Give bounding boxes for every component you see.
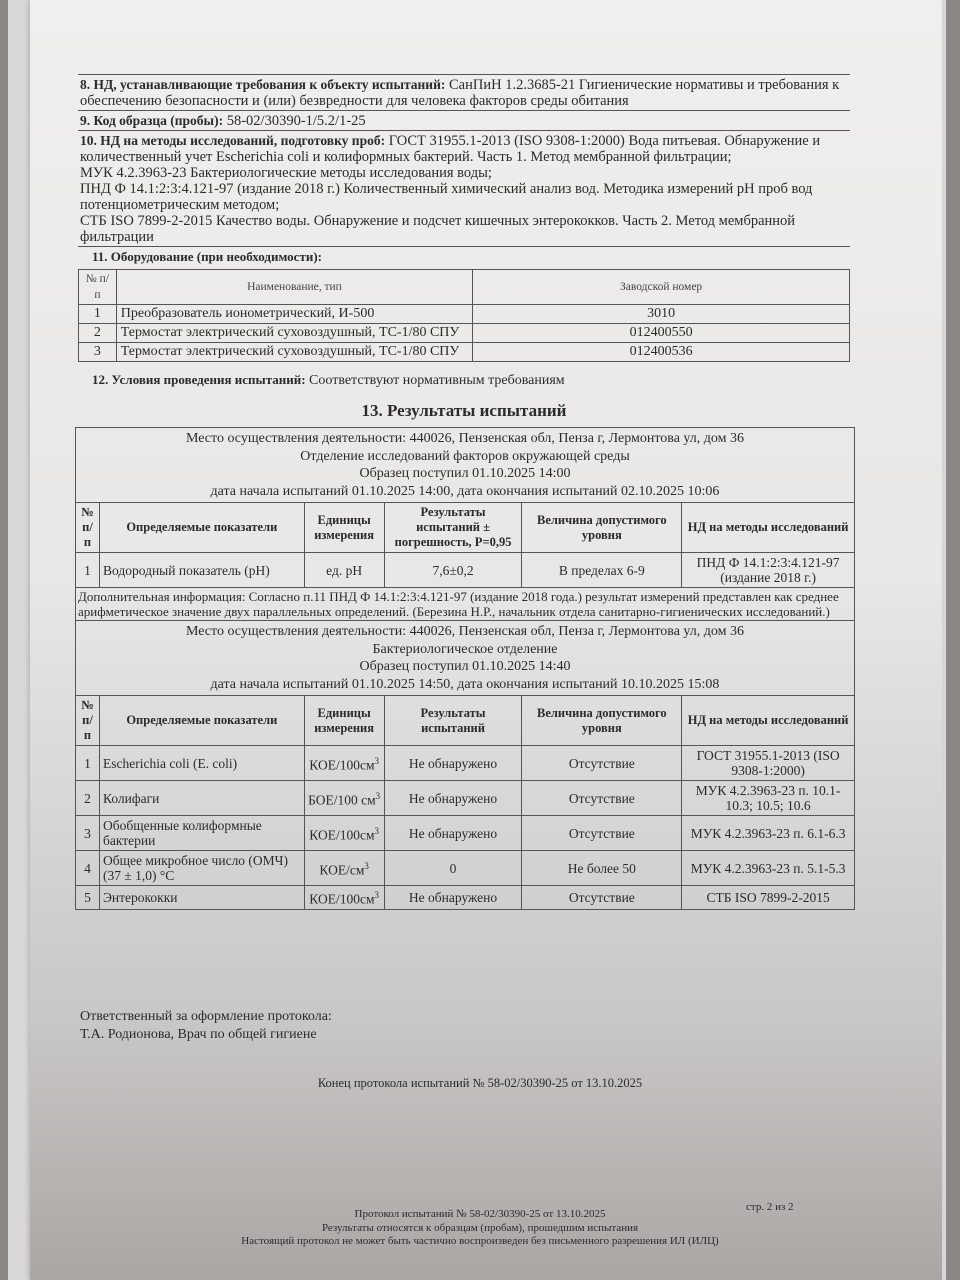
results-title: 13. Результаты испытаний: [78, 401, 850, 421]
column-header: Определяемые показатели: [99, 503, 304, 553]
row-number: 1: [76, 553, 100, 588]
additional-info: Дополнительная информация: Согласно п.11…: [76, 588, 855, 621]
table-row: 1 Водородный показатель (pH) ед. pH 7,6±…: [76, 553, 855, 588]
section-11-label: 11. Оборудование (при необходимости):: [78, 247, 850, 269]
result-value: Не обнаружено: [384, 886, 522, 910]
indicator-name: Обобщенные колиформные бактерии: [99, 816, 304, 851]
row-number: 1: [76, 746, 100, 781]
responsible-name: Т.А. Родионова, Врач по общей гигиене: [80, 1026, 332, 1044]
table-row: 1 Escherichia coli (E. coli) КОЕ/100см3 …: [76, 746, 855, 781]
footer-protocol: Протокол испытаний № 58-02/30390-25 от 1…: [0, 1208, 960, 1222]
permissible-level: В пределах 6-9: [522, 553, 682, 588]
test-method: МУК 4.2.3963-23 п. 6.1-6.3: [682, 816, 855, 851]
column-header: № п/п: [79, 270, 117, 305]
permissible-level: Отсутствие: [522, 886, 682, 910]
department: Отделение исследований факторов окружающ…: [76, 448, 854, 466]
column-header: Единицы измерения: [304, 696, 384, 746]
unit: КОЕ/см3: [304, 851, 384, 886]
block1-header-row: Место осуществления деятельности: 440026…: [76, 428, 855, 503]
row-number: 2: [76, 781, 100, 816]
equipment-name: Термостат электрический суховоздушный, Т…: [116, 324, 472, 343]
result-value: Не обнаружено: [384, 816, 522, 851]
place-of-activity: Место осуществления деятельности: 440026…: [76, 623, 854, 641]
sample-received: Образец поступил 01.10.2025 14:40: [76, 658, 854, 676]
responsible-label: Ответственный за оформление протокола:: [80, 1008, 332, 1026]
column-header: НД на методы исследований: [682, 696, 855, 746]
block1-info-header: Место осуществления деятельности: 440026…: [76, 428, 855, 503]
responsible-person: Ответственный за оформление протокола: Т…: [80, 1008, 332, 1044]
permissible-level: Отсутствие: [522, 746, 682, 781]
test-dates: дата начала испытаний 01.10.2025 14:00, …: [76, 483, 854, 501]
block2-header-row: Место осуществления деятельности: 440026…: [76, 621, 855, 696]
column-header: Результаты испытаний ± погрешность, P=0,…: [384, 503, 522, 553]
row-number: 1: [79, 305, 117, 324]
table-row: 2 Термостат электрический суховоздушный,…: [79, 324, 850, 343]
results-table: Место осуществления деятельности: 440026…: [75, 427, 855, 910]
permissible-level: Отсутствие: [522, 781, 682, 816]
section-10-line: ПНД Ф 14.1:2:3:4.121-97 (издание 2018 г.…: [80, 181, 848, 213]
table-header-row: № п/п Наименование, тип Заводской номер: [79, 270, 850, 305]
column-header: Наименование, тип: [116, 270, 472, 305]
section-8: 8. НД, устанавливающие требования к объе…: [78, 75, 850, 110]
serial-number: 012400550: [473, 324, 850, 343]
column-header: Единицы измерения: [304, 503, 384, 553]
unit: КОЕ/100см3: [304, 886, 384, 910]
section-12: 12. Условия проведения испытаний: Соотве…: [78, 372, 850, 389]
page-footer: Протокол испытаний № 58-02/30390-25 от 1…: [0, 1208, 960, 1249]
table-row: 1 Преобразователь ионометрический, И-500…: [79, 305, 850, 324]
section-10-line: СТБ ISO 7899-2-2015 Качество воды. Обнар…: [80, 213, 848, 245]
unit: КОЕ/100см3: [304, 746, 384, 781]
result-value: Не обнаружено: [384, 781, 522, 816]
test-method: МУК 4.2.3963-23 п. 10.1-10.3; 10.5; 10.6: [682, 781, 855, 816]
result-value: 0: [384, 851, 522, 886]
row-number: 4: [76, 851, 100, 886]
section-10: 10. НД на методы исследований, подготовк…: [78, 131, 850, 246]
unit: ед. pH: [304, 553, 384, 588]
section-8-label: 8. НД, устанавливающие требования к объе…: [80, 77, 445, 92]
equipment-table: № п/п Наименование, тип Заводской номер …: [78, 269, 850, 362]
column-header: Результаты испытаний: [384, 696, 522, 746]
indicator-name: Колифаги: [99, 781, 304, 816]
footer-results-note: Результаты относятся к образцам (пробам)…: [0, 1222, 960, 1236]
test-method: ПНД Ф 14.1:2:3:4.121-97 (издание 2018 г.…: [682, 553, 855, 588]
column-header: НД на методы исследований: [682, 503, 855, 553]
sample-received: Образец поступил 01.10.2025 14:00: [76, 465, 854, 483]
row-number: 2: [79, 324, 117, 343]
indicator-name: Водородный показатель (pH): [99, 553, 304, 588]
section-12-text: Соответствуют нормативным требованиям: [306, 373, 565, 388]
serial-number: 012400536: [473, 343, 850, 362]
section-10-label: 10. НД на методы исследований, подготовк…: [80, 133, 385, 148]
table-row: 5 Энтерококки КОЕ/100см3 Не обнаружено О…: [76, 886, 855, 910]
table-row: 2 Колифаги БОЕ/100 см3 Не обнаружено Отс…: [76, 781, 855, 816]
end-of-protocol: Конец протокола испытаний № 58-02/30390-…: [0, 1076, 960, 1091]
equipment-name: Термостат электрический суховоздушный, Т…: [116, 343, 472, 362]
place-of-activity: Место осуществления деятельности: 440026…: [76, 430, 854, 448]
section-12-label: 12. Условия проведения испытаний:: [92, 372, 306, 387]
equipment-name: Преобразователь ионометрический, И-500: [116, 305, 472, 324]
serial-number: 3010: [473, 305, 850, 324]
section-9: 9. Код образца (пробы): 58-02/30390-1/5.…: [78, 111, 850, 130]
footer-copy-note: Настоящий протокол не может быть частичн…: [0, 1235, 960, 1249]
table-header-row: № п/п Определяемые показатели Единицы из…: [76, 696, 855, 746]
permissible-level: Не более 50: [522, 851, 682, 886]
indicator-name: Общее микробное число (ОМЧ) (37 ± 1,0) °…: [99, 851, 304, 886]
additional-info-row: Дополнительная информация: Согласно п.11…: [76, 588, 855, 621]
test-method: ГОСТ 31955.1-2013 (ISO 9308-1:2000): [682, 746, 855, 781]
table-row: 3 Обобщенные колиформные бактерии КОЕ/10…: [76, 816, 855, 851]
test-dates: дата начала испытаний 01.10.2025 14:50, …: [76, 676, 854, 694]
result-value: Не обнаружено: [384, 746, 522, 781]
table-header-row: № п/п Определяемые показатели Единицы из…: [76, 503, 855, 553]
column-header: № п/п: [76, 696, 100, 746]
section-9-label: 9. Код образца (пробы):: [80, 113, 223, 128]
indicator-name: Энтерококки: [99, 886, 304, 910]
column-header: Заводской номер: [473, 270, 850, 305]
row-number: 3: [76, 816, 100, 851]
row-number: 5: [76, 886, 100, 910]
column-header: Величина допустимого уровня: [522, 696, 682, 746]
table-row: 3 Термостат электрический суховоздушный,…: [79, 343, 850, 362]
indicator-name: Escherichia coli (E. coli): [99, 746, 304, 781]
unit: БОЕ/100 см3: [304, 781, 384, 816]
document-content: 8. НД, устанавливающие требования к объе…: [78, 74, 850, 910]
column-header: № п/п: [76, 503, 100, 553]
test-method: МУК 4.2.3963-23 п. 5.1-5.3: [682, 851, 855, 886]
test-method: СТБ ISO 7899-2-2015: [682, 886, 855, 910]
column-header: Величина допустимого уровня: [522, 503, 682, 553]
section-9-text: 58-02/30390-1/5.2/1-25: [223, 113, 366, 129]
table-row: 4 Общее микробное число (ОМЧ) (37 ± 1,0)…: [76, 851, 855, 886]
department: Бактериологическое отделение: [76, 641, 854, 659]
block2-info-header: Место осуществления деятельности: 440026…: [76, 621, 855, 696]
unit: КОЕ/100см3: [304, 816, 384, 851]
column-header: Определяемые показатели: [99, 696, 304, 746]
permissible-level: Отсутствие: [522, 816, 682, 851]
row-number: 3: [79, 343, 117, 362]
result-value: 7,6±0,2: [384, 553, 522, 588]
section-10-line: МУК 4.2.3963-23 Бактериологические метод…: [80, 165, 848, 181]
